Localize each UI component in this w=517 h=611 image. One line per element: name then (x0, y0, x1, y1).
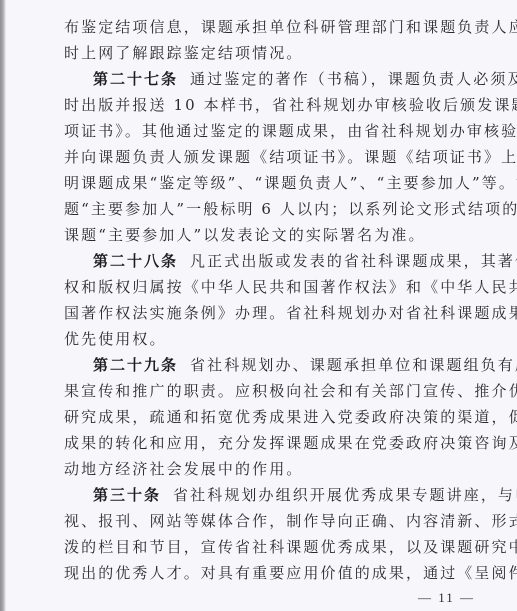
text-line: 权和版权归属按《中华人民共和国著作权法》和《中华人民共和 (64, 274, 452, 300)
text-line: 课题“主要参加人”以发表论文的实际署名为准。 (64, 222, 452, 248)
article-29: 第二十九条省社科规划办、课题承担单位和课题组负有成 果宣传和推广的职责。应积极向… (64, 352, 452, 482)
article-30: 第三十条省社科规划办组织开展优秀成果专题讲座，与电 视、报刊、网站等媒体合作，制… (64, 482, 452, 586)
text-line: 布鉴定结项信息，课题承担单位科研管理部门和课题负责人应及 (64, 14, 452, 40)
text-line: 泼的栏目和节目，宣传省社科课题优秀成果，以及课题研究中涌 (64, 534, 452, 560)
text-line: 凡正式出版或发表的省社科课题成果，其著作 (190, 252, 517, 270)
text-line: 并向课题负责人颁发课题《结项证书》。课题《结项证书》上标 (64, 144, 452, 170)
page-number: — 11 — (418, 590, 475, 606)
text-line: 果宣传和推广的职责。应积极向社会和有关部门宣传、推介优秀 (64, 378, 452, 404)
article-heading: 第二十八条 (93, 252, 178, 270)
article-27: 第二十七条通过鉴定的著作（书稿），课题负责人必须及 时出版并报送 10 本样书，… (64, 66, 452, 248)
document-page: 布鉴定结项信息，课题承担单位科研管理部门和课题负责人应及 时上网了解跟踪鉴定结项… (64, 14, 452, 586)
text-line: 动地方经济社会发展中的作用。 (64, 456, 452, 482)
scan-edge-shadow (0, 0, 6, 611)
article-heading: 第三十条 (93, 486, 161, 504)
article-28: 第二十八条凡正式出版或发表的省社科课题成果，其著作 权和版权归属按《中华人民共和… (64, 248, 452, 352)
text-line: 优先使用权。 (64, 326, 452, 352)
text-line: 时上网了解跟踪鉴定结项情况。 (64, 40, 452, 66)
text-line: 明课题成果“鉴定等级”、“课题负责人”、“主要参加人”等。课 (64, 170, 452, 196)
article-heading: 第二十九条 (93, 356, 178, 374)
text-line: 省社科规划办组织开展优秀成果专题讲座，与电 (173, 486, 517, 504)
text-line: 国著作权法实施条例》办理。省社科规划办对省社科课题成果有 (64, 300, 452, 326)
paragraph-continuation: 布鉴定结项信息，课题承担单位科研管理部门和课题负责人应及 时上网了解跟踪鉴定结项… (64, 14, 452, 66)
text-line: 研究成果，疏通和拓宽优秀成果进入党委政府决策的渠道，促进 (64, 404, 452, 430)
article-heading: 第二十七条 (93, 70, 178, 88)
text-line: 成果的转化和应用，充分发挥课题成果在党委政府决策咨询及推 (64, 430, 452, 456)
text-line: 现出的优秀人才。对具有重要应用价值的成果，通过《呈阅件》 (64, 560, 452, 586)
text-line: 通过鉴定的著作（书稿），课题负责人必须及 (190, 70, 517, 88)
text-line: 视、报刊、网站等媒体合作，制作导向正确、内容清新、形式活 (64, 508, 452, 534)
text-line: 时出版并报送 10 本样书，省社科规划办审核验收后颁发课题《结 (64, 92, 452, 118)
text-line: 省社科规划办、课题承担单位和课题组负有成 (190, 356, 517, 374)
text-line: 项证书》。其他通过鉴定的课题成果，由省社科规划办审核验收 (64, 118, 452, 144)
text-line: 题“主要参加人”一般标明 6 人以内；以系列论文形式结项的， (64, 196, 452, 222)
